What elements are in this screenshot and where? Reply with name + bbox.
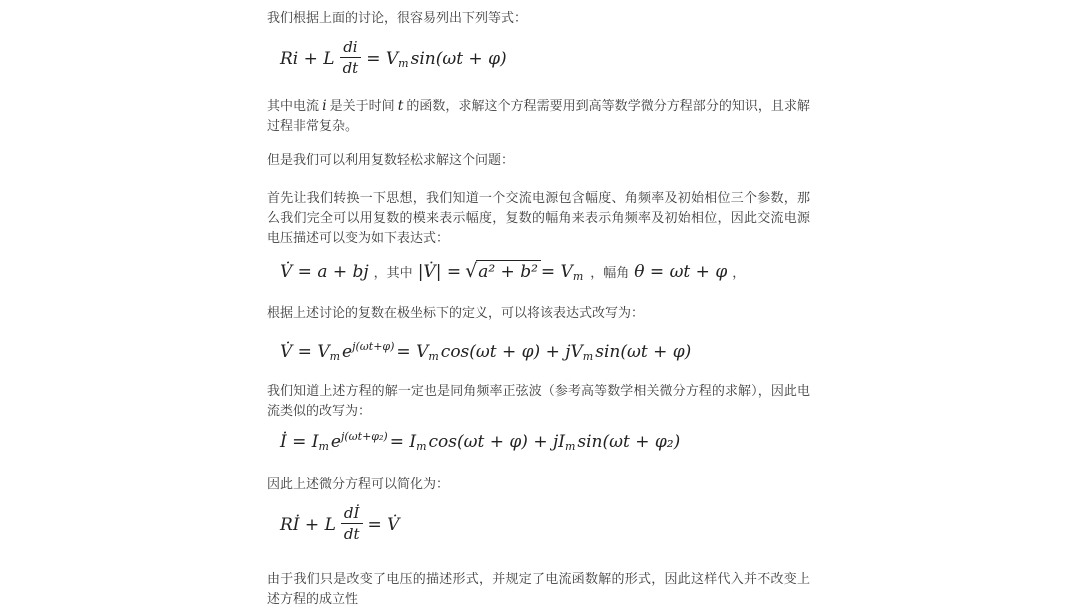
math-term: θ = ωt + φ (634, 262, 727, 282)
math-term: = V (396, 342, 428, 362)
math-term: sin(ωt + φ) (595, 342, 691, 362)
sqrt-radicand: a² + b² (476, 260, 541, 282)
math-term: İ = I (280, 432, 318, 452)
math-term: e (342, 342, 352, 362)
formula-voltage-euler: V̇ = Vmej(ωt+φ)= Vmcos(ωt + φ) + jVmsin(… (280, 340, 810, 363)
fraction: dİdt (341, 504, 363, 543)
paragraph-intro: 我们根据上面的讨论，很容易列出下列等式： (267, 8, 810, 28)
formula-differential-equation: Ri + Ldidt= Vmsin(ωt + φ) (280, 40, 810, 79)
math-var-i: i (319, 98, 329, 114)
fraction-denominator: dt (341, 523, 363, 543)
math-subscript: m (398, 57, 408, 70)
math-subscript: m (330, 350, 340, 363)
math-subscript: m (573, 270, 583, 283)
text-segment: ，幅角 (590, 265, 629, 280)
math-superscript: j(ωt+φ) (352, 340, 394, 353)
math-term: cos(ωt + φ) + jV (441, 342, 583, 362)
math-term: = V (366, 49, 398, 69)
paragraph-current-function: 其中电流i是关于时间t的函数，求解这个方程需要用到高等数学微分方程部分的知识，且… (267, 96, 810, 136)
math-subscript: m (318, 440, 328, 453)
math-subscript: m (428, 350, 438, 363)
paragraph-transform-idea: 首先让我们转换一下思想，我们知道一个交流电源包含幅度、角频率及初始相位三个参数，… (267, 188, 810, 248)
math-superscript: j(ωt+φ₂) (341, 430, 388, 443)
text-segment: 其中电流 (267, 98, 319, 113)
math-subscript: m (565, 440, 575, 453)
paragraph-polar-definition: 根据上述讨论的复数在极坐标下的定义，可以将该表达式改写为： (267, 303, 810, 323)
math-term: V̇ = a + bj (280, 262, 369, 282)
math-term: e (331, 432, 341, 452)
formula-simplified-equation: Rİ + Ldİdt= V̇ (280, 506, 810, 545)
formula-complex-voltage: V̇ = a + bj，其中|V̇| =√a² + b²= Vm，幅角θ = ω… (280, 260, 810, 283)
math-term: = I (390, 432, 416, 452)
paragraph-same-frequency: 我们知道上述方程的解一定也是同角频率正弦波（参考高等数学相关微分方程的求解），因… (267, 381, 810, 421)
fraction-numerator: dİ (341, 504, 363, 523)
fraction-numerator: di (340, 38, 362, 57)
text-segment: ，其中 (374, 265, 413, 280)
fraction: didt (340, 38, 362, 77)
paragraph-simplify: 因此上述微分方程可以简化为： (267, 474, 810, 494)
paragraph-conclusion: 由于我们只是改变了电压的描述形式，并规定了电流函数解的形式，因此这样代入并不改变… (267, 569, 810, 608)
math-term: = V (541, 262, 573, 282)
math-term: = V̇ (368, 515, 400, 535)
math-var-t: t (395, 98, 407, 114)
text-segment: 是关于时间 (330, 98, 395, 113)
math-term: Ri + L (280, 49, 335, 69)
math-term: cos(ωt + φ) + jI (429, 432, 565, 452)
paragraph-complex-solution: 但是我们可以利用复数轻松求解这个问题： (267, 150, 810, 170)
math-term: V̇ = V (280, 342, 330, 362)
math-term: Rİ + L (280, 515, 336, 535)
formula-current-euler: İ = Imej(ωt+φ₂)= Imcos(ωt + φ) + jImsin(… (280, 430, 810, 453)
article-content: 我们根据上面的讨论，很容易列出下列等式： Ri + Ldidt= Vmsin(ω… (267, 0, 812, 608)
math-term: |V̇| = (418, 262, 461, 282)
math-term: sin(ωt + φ) (411, 49, 507, 69)
text-segment: ， (732, 265, 745, 280)
fraction-denominator: dt (340, 57, 362, 77)
math-subscript: m (583, 350, 593, 363)
math-term: sin(ωt + φ₂) (577, 432, 680, 452)
math-subscript: m (416, 440, 426, 453)
